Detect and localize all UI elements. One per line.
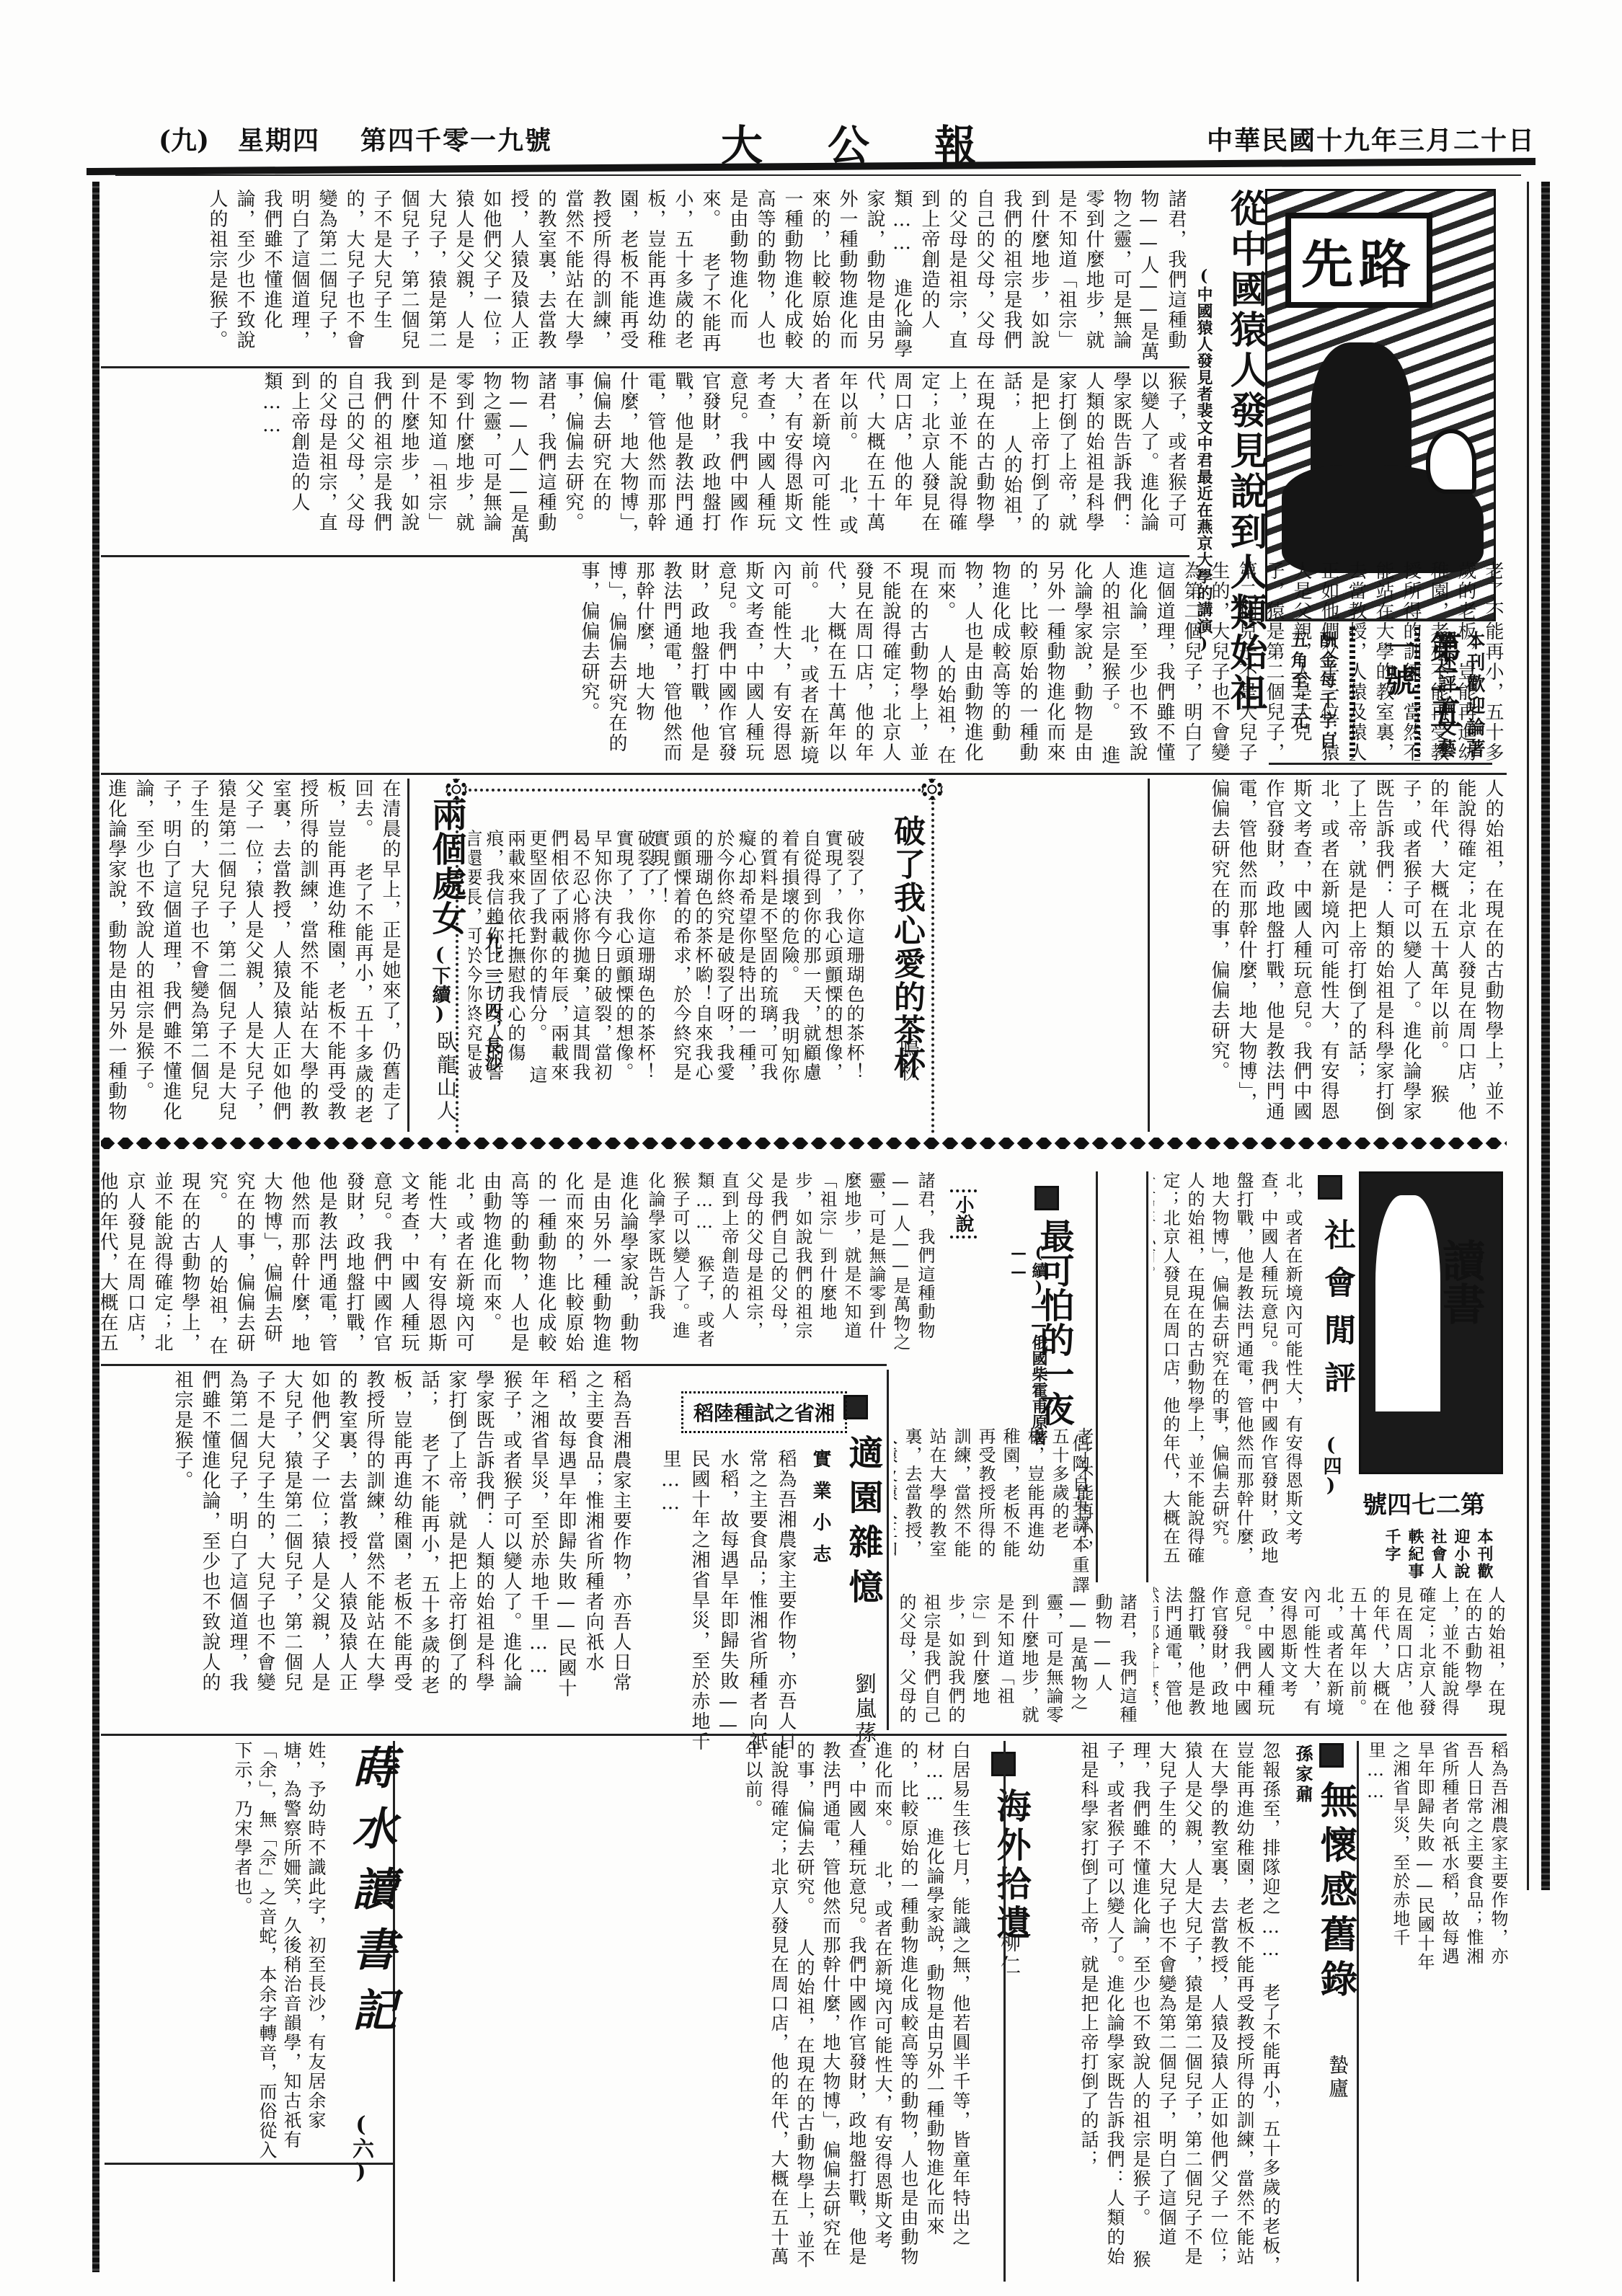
reminiscence-subject: 孫家鼐 bbox=[1290, 1745, 1316, 1805]
article-paragraph: 人的始祖，在現在的古動物學上，並不能說得確定；北京人發見在周口店，他的年代，大概… bbox=[1427, 779, 1504, 1122]
story-paragraph: 進化論學家說，動物是由另外一種動物進化而來的，比較原始的一種動物進化成較高等的動… bbox=[480, 1171, 639, 1353]
story-body: 在清晨的早上，正是她來了，仍舊走了回去。 老了不能再小，五十多歲的老板，豈能再進… bbox=[101, 779, 404, 1132]
poem-stanza: 我明知你的質料是不堅固的琉璃，可我癡心却希望你是特出的一種，於今你終究是破裂了呀… bbox=[650, 829, 800, 1085]
memoir-paragraph: 稻為吾湘農家主要作物，亦吾人日常之主要食品；惟湘省所種者向祇水稻，故每遇旱年即歸… bbox=[660, 1449, 797, 1752]
story-paragraph: 老了不能再小，五十多歲的老板，豈能再進幼稚園，老板不能再受教授所得的訓練，當然不… bbox=[133, 779, 373, 1125]
section-rule bbox=[101, 773, 1507, 775]
column-divider bbox=[1148, 779, 1150, 1132]
page-border-left bbox=[92, 182, 99, 2272]
main-article-body-middle: 猴子，或者猴子可以變人了。進化論學家既告訴我們：人類的始祖是科學家打倒了上帝，就… bbox=[101, 371, 1189, 551]
article-paragraph: 人的始祖，在現在的古動物學上，並不能說得確定；北京人發見在周口店，他的年代，大概… bbox=[836, 371, 1022, 536]
header-rule-thin bbox=[115, 174, 1521, 176]
social-commentary-body: 北，或者在新境內可能性大，有安得恩斯文考查，中國人種玩意兒。我們中國作官發財，政… bbox=[1153, 1171, 1305, 1575]
section-mark-icon bbox=[1319, 1743, 1344, 1768]
column-divider bbox=[1096, 1171, 1098, 1582]
article-paragraph: 北，或者在新境內可能性大，有安得恩斯文考查，中國人種玩意兒。我們中國作官發財，政… bbox=[562, 371, 858, 544]
story-title: 兩個處女 bbox=[422, 797, 471, 941]
xianlu-title: 先路 bbox=[1285, 213, 1432, 308]
notes-right-column: 人的始祖，在現在的古動物學上，並不能說得確定；北京人發見在周口店，他的年代，大概… bbox=[1153, 1586, 1507, 1730]
section-mark-icon bbox=[1318, 1175, 1342, 1200]
supplement-notice: 本刊歡迎小說社會人軼紀事千字 bbox=[1366, 1528, 1496, 1586]
poem-stanza: 破裂了，你這珊瑚色的茶杯！實現了，我心頭顫慄的想像。早知你決有今日的破裂，當初曷… bbox=[527, 829, 656, 1082]
commentary-paragraph: 北，或者在新境內可能性大，有安得恩斯文考查，中國人種玩意兒。我們中國作官發財，政… bbox=[1209, 1171, 1303, 1565]
article-paragraph: 諸君，我們這種動物——人——是萬物之靈，可是無論零到什麼地步，就是不知道「祖宗」… bbox=[261, 371, 557, 544]
fiction-body-lower: 老了不能再小，五十多歲的老板，豈能再進幼稚園，老板不能再受教授所得的訓練，當然不… bbox=[894, 1427, 1096, 1572]
commentary-paragraph: 人的始祖，在現在的古動物學上，並不能說得確定；北京人發見在周口店，他的年代，大概… bbox=[1153, 1171, 1205, 1565]
column-divider bbox=[407, 779, 409, 1132]
memoir-paragraph: 老了不能再小，五十多歲的老板，豈能再進幼稚園，老板不能再受教授所得的訓練，當然不… bbox=[172, 1370, 440, 1696]
memoir-title: 適園雜憶 bbox=[838, 1435, 888, 1672]
memoir-body-continued: 稻為吾湘農家主要作物，亦吾人日常之主要食品；惟湘省所種者向祇水稻，故每遇旱年即歸… bbox=[101, 1370, 634, 1708]
poem-dateline: 一九，三，四，長沙 bbox=[479, 916, 505, 1103]
reading-illustration: 讀書 bbox=[1359, 1171, 1503, 1474]
publication-date: 中華民國十九年三月二十日 bbox=[1207, 120, 1535, 157]
section-mark-icon bbox=[843, 1395, 868, 1419]
reminiscence-body: 忽報孫至，排隊迎之…… 老了不能再小，五十多歲的老板，豈能再進幼稚園，老板不能再… bbox=[1009, 1741, 1283, 2282]
story-paragraph: 北，或者在新境內可能性大，有安得恩斯文考查，中國人種玩意兒。我們中國作官發財，政… bbox=[206, 1171, 474, 1353]
story-continuation: 進化論學家說，動物是由另外一種動物進化而來的，比較原始的一種動物進化成較高等的動… bbox=[101, 1171, 642, 1359]
section-rule bbox=[101, 366, 1189, 368]
main-article-body-top: 諸君，我們這種動物——人——是萬物之靈，可是無論零到什麼地步，就是不知道「祖宗」… bbox=[101, 189, 1189, 362]
article-paragraph: 北，或者在新境內可能性大，有安得恩斯文考查，中國人種玩意兒。我們中國作官發財，政… bbox=[578, 561, 819, 766]
reminiscence-title: 無懷感舊錄 bbox=[1308, 1781, 1362, 2083]
memoir-paragraph: 諸君，我們這種動物——人——是萬物之靈，可是無論零到什麼地步，就是不知道「祖宗」… bbox=[894, 1593, 1137, 1724]
xianlu-illustration: 先路 bbox=[1265, 189, 1496, 621]
weekday: 星期四 bbox=[238, 120, 320, 157]
reading-notes-part: (六) bbox=[345, 2112, 376, 2184]
memoir-subsection: 實業小志 bbox=[807, 1449, 834, 1576]
supplement2-issue-number: 第二七四號 bbox=[1362, 1485, 1485, 1520]
article-paragraph: 老了不能再小，五十多歲的老板，豈能再進幼稚園，老板不能再受教授所得的訓練，當然不… bbox=[1099, 561, 1504, 763]
section-rule bbox=[101, 1364, 887, 1366]
article-paragraph: 老了不能再小，五十多歲的老板，豈能再進幼稚園，老板不能再受教授所得的訓練，當然不… bbox=[206, 189, 721, 353]
article-paragraph: 猴子，或者猴子可以變人了。進化論學家既告訴我們：人類的始祖是科學家打倒了上帝，就… bbox=[1001, 371, 1187, 533]
poem-author: 鳴秋 bbox=[894, 1038, 923, 1084]
memoir-right-body: 諸君，我們這種動物——人——是萬物之靈，可是無論零到什麼地步，就是不知道「祖宗」… bbox=[894, 1593, 1139, 1734]
memoir-paragraph: 稻為吾湘農家主要作物，亦吾人日常之主要食品；惟湘省所種者向祇水稻，故每遇旱年即歸… bbox=[528, 1370, 631, 1698]
overseas-author: 柳仁 bbox=[995, 1932, 1024, 1978]
page-number: (九) bbox=[159, 120, 209, 157]
reminiscence-author: 蟄廬 bbox=[1323, 2055, 1352, 2101]
reminiscence-paragraph: 忽報孫至，排隊迎之…… bbox=[1260, 1741, 1281, 1961]
boxed-heading-text: 湘省之試種陸稻 bbox=[693, 1401, 835, 1425]
section-mark-icon bbox=[1034, 1186, 1059, 1210]
story-continued-note: (下續) bbox=[427, 944, 453, 1025]
social-commentary-part: (四) bbox=[1318, 1435, 1344, 1497]
reading-notes-paragraph: 姓，予幼時不識此字，初至長沙，有友居余家塘，為警察所姍笑，久後稍治音韻學，知古祇… bbox=[232, 1741, 327, 2160]
overseas-body: 白居易生孩七月，能識之無，他若圓半千等，皆童年特出之材…… 進化論學家說，動物是… bbox=[404, 1741, 973, 2274]
column-divider bbox=[1357, 1741, 1359, 2282]
ornament-gear-icon bbox=[921, 779, 943, 800]
reading-notes-title: 蒔水讀書記 bbox=[339, 1745, 403, 2119]
fiction-paragraph: 諸君，我們這種動物——人——是萬物之靈，可是無論零到什麼地步，就是不知道「祖宗」… bbox=[694, 1171, 935, 1352]
notes-paragraph: 人的始祖，在現在的古動物學上，並不能說得確定；北京人發見在周口店，他的年代，大概… bbox=[1347, 1586, 1505, 1717]
main-article-body-lower: 老了不能再小，五十多歲的老板，豈能再進幼稚園，老板不能再受教授所得的訓練，當然不… bbox=[101, 561, 1507, 770]
rice-method-column: 稻為吾湘農家主要作物，亦吾人日常之主要食品；惟湘省所種者向祇水稻，故每遇旱年即歸… bbox=[1366, 1741, 1510, 1979]
story-author: 臥龍山人 bbox=[431, 1031, 460, 1123]
memoir-body: 稻為吾湘農家主要作物，亦吾人日常之主要食品；惟湘省所種者向祇水稻，故每遇旱年即歸… bbox=[642, 1449, 800, 1752]
article-paragraph: 進化論學家說，動物是由另外一種動物進化而來的，比較原始的一種動物進化成較高等的動… bbox=[699, 189, 913, 359]
rice-paragraph: 稻為吾湘農家主要作物，亦吾人日常之主要食品；惟湘省所種者向祇水稻，故每遇旱年即歸… bbox=[1366, 1741, 1508, 1972]
reminiscence-paragraph: 老了不能再小，五十多歲的老板，豈能再進幼稚園，老板不能再受教授所得的訓練，當然不… bbox=[1130, 1741, 1281, 2275]
section-rule bbox=[101, 1734, 1507, 1736]
bottom-rule bbox=[105, 2163, 393, 2165]
poem-box-border bbox=[469, 789, 921, 792]
poem-box-border bbox=[931, 802, 934, 1133]
article-paragraph: 諸君，我們這種動物——人——是萬物之靈，可是無論零到什麼地步，就是不知道「祖宗」… bbox=[891, 189, 1187, 362]
reading-notes-body: 姓，予幼時不識此字，初至長沙，有友居余家塘，為警察所姍笑，久後稍治音韻學，知古祇… bbox=[105, 1741, 328, 2163]
column-divider bbox=[1146, 1171, 1148, 1582]
article-paragraph: 人的始祖，在現在的古動物學上，並不能說得確定；北京人發見在周口店，他的年代，大概… bbox=[797, 561, 956, 766]
notes-paragraph: 北，或者在新境內可能性大，有安得恩斯文考查，中國人種玩意兒。我們中國作官發財，政… bbox=[1153, 1586, 1344, 1727]
story-paragraph: 進化論學家說，動物是由另外一種動物進化而來的，比較原始的一種動物進化成較高等的動… bbox=[101, 779, 127, 1122]
horse-head-icon bbox=[1426, 429, 1476, 494]
page-header: (九) 星期四 第四千零一九號 大公報 中華民國十九年三月二十日 bbox=[87, 112, 1543, 162]
social-commentary-title: 社會閒評 bbox=[1313, 1218, 1360, 1435]
column-divider bbox=[887, 1370, 889, 1730]
issue-number: 第四千零一九號 bbox=[360, 120, 552, 157]
notice-text: 本刊歡迎小說社會人軼紀事千字 bbox=[1383, 1528, 1494, 1580]
poem-body: 破裂了，你這珊瑚色的茶杯！實現了，我心頭顫慄的想像，自從得到你的那一天，就顧慮着… bbox=[649, 829, 865, 1089]
article-paragraph: 進化論學家說，動物是由另外一種動物進化而來的，比較原始的一種動物進化成較高等的動… bbox=[934, 561, 1120, 766]
fiction-body: 諸君，我們這種動物——人——是萬物之靈，可是無論零到什麼地步，就是不知道「祖宗」… bbox=[649, 1171, 937, 1352]
memoir-boxed-heading: 湘省之試種陸稻 bbox=[681, 1391, 847, 1433]
section-rule bbox=[101, 555, 1189, 557]
page-border-right bbox=[1541, 182, 1550, 1890]
reading-title: 讀書 bbox=[1430, 1238, 1492, 1325]
newspaper-page: (九) 星期四 第四千零一九號 大公報 中華民國十九年三月二十日 先路 本刊歡迎… bbox=[0, 0, 1622, 2296]
page-border-right-inner bbox=[1527, 182, 1529, 1890]
article-paragraph: 北，或者在新境內可能性大，有安得恩斯文考查，中國人種玩意兒。我們中國作官發財，政… bbox=[1208, 779, 1339, 1122]
fiction-section-label: 小說 bbox=[950, 1189, 977, 1238]
main-article-continuation: 人的始祖，在現在的古動物學上，並不能說得確定；北京人發見在周口店，他的年代，大概… bbox=[1153, 779, 1507, 1132]
column-divider bbox=[1003, 1741, 1006, 2282]
fiction-paragraph: 老了不能再小，五十多歲的老板，豈能再進幼稚園，老板不能再受教授所得的訓練，當然不… bbox=[894, 1427, 1094, 1559]
diamond-divider bbox=[101, 1138, 1507, 1149]
